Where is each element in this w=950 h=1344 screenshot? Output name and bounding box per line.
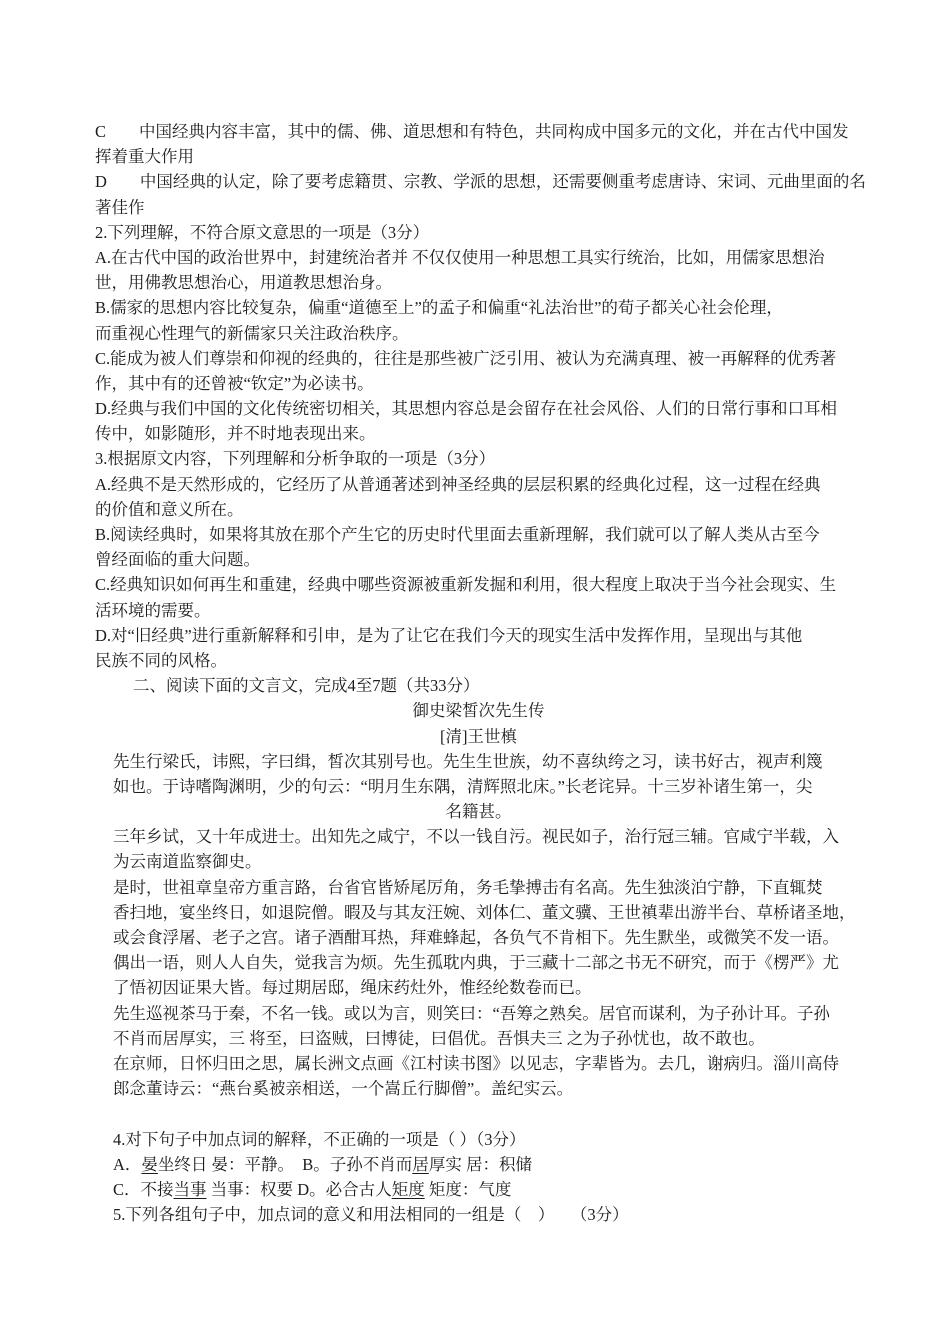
text-line: 是时，世祖章皇帝方重言路，台省官皆矫尾厉角，务毛挚搏击有名高。先生独淡泊宁静，下… [95, 875, 862, 900]
text-line: [清]王世槙 [95, 724, 862, 749]
text-line: 曾经面临的重大问题。 [95, 547, 862, 572]
text-segment: 矩度：气度 [425, 1180, 512, 1199]
text-line: B.阅读经典时，如果将其放在那个产生它的历史时代里面去重新理解，我们就可以了解人… [95, 522, 862, 547]
text-line: 著佳作 [95, 195, 862, 220]
text-segment: A． [113, 1155, 141, 1174]
text-line: 如也。于诗嗜陶渊明，少的句云：“明月生东隅，清辉照北床。”长老诧异。十三岁补诸生… [95, 774, 862, 799]
text-line: 三年乡试，又十年成进士。出知先之咸宁，不以一钱自污。视民如子，治行冠三辅。官咸宁… [95, 824, 862, 849]
text-line: 作，其中有的还曾被“钦定”为必读书。 [95, 371, 862, 396]
text-line: 而重视心性理气的新儒家只关注政治秩序。 [95, 321, 862, 346]
text-line: C．不接当事 当事：权要 D。必合古人矩度 矩度：气度 [95, 1177, 862, 1202]
text-line: 挥着重大作用 [95, 144, 862, 169]
text-line: 二、阅读下面的文言文，完成4至7题（共33分） [95, 673, 862, 698]
text-line: C.能成为被人们尊崇和仰视的经典的，往往是那些被广泛引用、被认为充满真理、被一再… [95, 346, 862, 371]
text-line: 先生行梁氏，讳熙，字曰缉，皙次其别号也。先生生世族，幼不喜纨绔之习，读书好古，视… [95, 749, 862, 774]
text-line: 的价值和意义所在。 [95, 497, 862, 522]
text-line: 了悟初因证果大皆。每过期居邸，绳床药灶外，惟经纶数卷而已。 [95, 975, 862, 1000]
text-line: 香扫地，宴坐终日，如退院僧。暇及与其友汪婉、刘体仁、董文骥、王世禛辈出游半台、草… [95, 900, 862, 925]
text-segment: C．不接 [113, 1180, 174, 1199]
text-line [95, 1101, 862, 1126]
text-line: 郎念董诗云：“燕台奚被亲相送，一个嵩丘行脚僧”。盖纪实云。 [95, 1076, 862, 1101]
text-line: A．晏坐终日 晏：平静。 B。子孙不肖而居厚实 居：积储 [95, 1152, 862, 1177]
underlined-term: 晏 [141, 1155, 158, 1174]
text-line: 或会食浮屠、老子之宫。诸子酒酣耳热，拜难蜂起，各负气不肯相下。先生默坐，或微笑不… [95, 925, 862, 950]
text-line: 世，用佛教思想治心，用道教思想治身。 [95, 270, 862, 295]
text-line: 名籍甚。 [95, 799, 862, 824]
underlined-term: 当事 [174, 1180, 207, 1199]
text-line: 为云南道监察御史。 [95, 849, 862, 874]
text-line: D.对“旧经典”进行重新解释和引申，是为了让它在我们今天的现实生活中发挥作用，呈… [95, 623, 862, 648]
text-line: 4.对下句子中加点词的解释，不正确的一项是（ ）（3分） [95, 1127, 862, 1152]
text-line: 2.下列理解，不符合原文意思的一项是（3分） [95, 220, 862, 245]
text-line: C 中国经典内容丰富，其中的儒、佛、道思想和有特色，共同构成中国多元的文化，并在… [95, 119, 862, 144]
underlined-term: 居 [412, 1155, 429, 1174]
text-line: B.儒家的思想内容比较复杂，偏重“道德至上”的孟子和偏重“礼法治世”的荀子都关心… [95, 295, 862, 320]
text-line: 活环境的需要。 [95, 598, 862, 623]
text-line: 御史梁皙次先生传 [95, 698, 862, 723]
text-segment: 厚实 居：积储 [429, 1155, 532, 1174]
text-line: 不肖而居厚实，三 将至，曰盗贼，曰博徒，曰倡优。吾惧夫三 之为子孙忧也，故不敢也… [95, 1026, 862, 1051]
text-line: 传中，如影随形，并不时地表现出来。 [95, 421, 862, 446]
document-lines: C 中国经典内容丰富，其中的儒、佛、道思想和有特色，共同构成中国多元的文化，并在… [95, 119, 862, 1227]
text-line: 3.根据原文内容，下列理解和分析争取的一项是（3分） [95, 446, 862, 471]
underlined-term: 矩度 [392, 1180, 425, 1199]
text-line: A.在古代中国的政治世界中，封建统治者并 不仅仅使用一种思想工具实行统治，比如，… [95, 245, 862, 270]
text-line: 民族不同的风格。 [95, 648, 862, 673]
text-line: 在京师，日怀归田之思，属长洲文点画《江村读书图》以见志，字辈皆为。去几，谢病归。… [95, 1051, 862, 1076]
text-segment: 当事：权要 D。必合古人 [207, 1180, 392, 1199]
text-line: C.经典知识如何再生和重建，经典中哪些资源被重新发掘和利用，很大程度上取决于当今… [95, 572, 862, 597]
text-line: 5.下列各组句子中，加点词的意义和用法相同的一组是（ ） （3分） [95, 1202, 862, 1227]
text-segment: 坐终日 晏：平静。 B。子孙不肖而 [158, 1155, 412, 1174]
text-line: D 中国经典的认定，除了要考虑籍贯、宗教、学派的思想，还需要侧重考虑唐诗、宋词、… [95, 169, 862, 194]
exam-page: C 中国经典内容丰富，其中的儒、佛、道思想和有特色，共同构成中国多元的文化，并在… [0, 0, 950, 1344]
text-line: D.经典与我们中国的文化传统密切相关，其思想内容总是会留存在社会风俗、人们的日常… [95, 396, 862, 421]
text-line: 先生巡视茶马于秦，不名一钱。或以为言，则笑曰：“吾筹之熟矣。居官而谋利，为子孙计… [95, 1001, 862, 1026]
text-line: 偶出一语，则人人自失，觉我言为烦。先生孤耽内典，于三藏十二部之书无不研究，而于《… [95, 950, 862, 975]
text-line: A.经典不是天然形成的，它经历了从普通著述到神圣经典的层层积累的经典化过程，这一… [95, 472, 862, 497]
